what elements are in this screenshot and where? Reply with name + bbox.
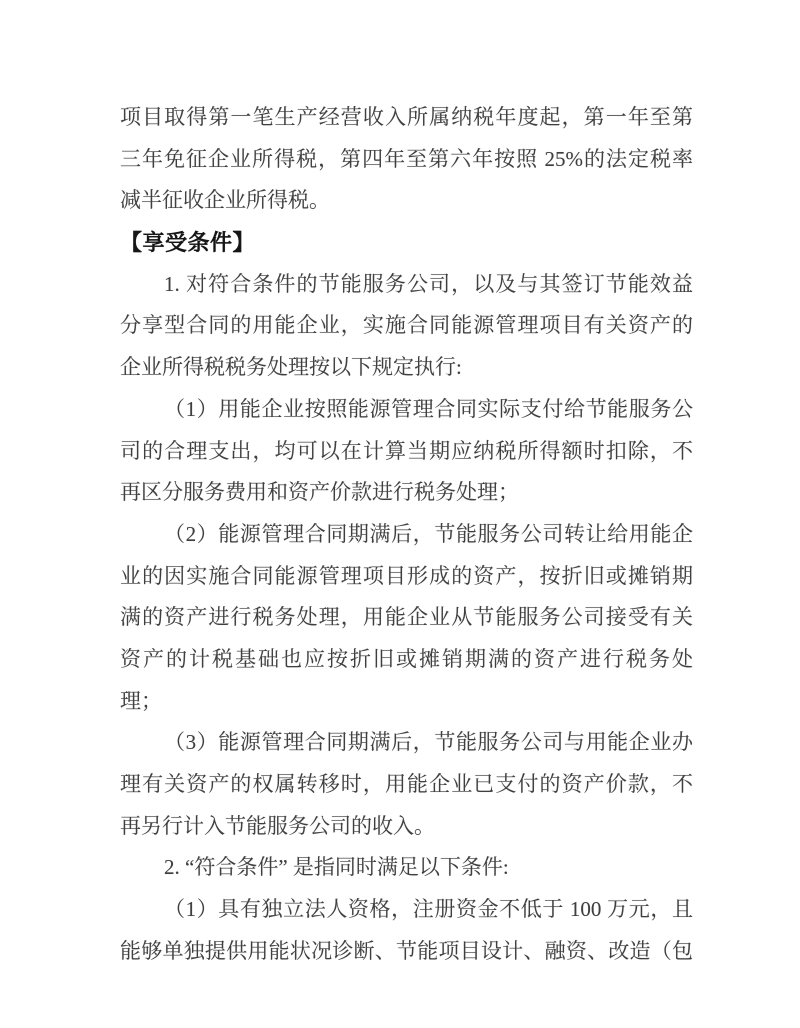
text-line: 减半征收企业所得税。 [120,180,693,222]
text-line: 分享型合同的用能企业，实施合同能源管理项目有关资产的 [120,305,693,347]
text-line: （3）能源管理合同期满后，节能服务公司与用能企业办 [120,722,693,764]
text-line: 理； [120,681,693,723]
text-block: 项目取得第一笔生产经营收入所属纳税年度起，第一年至第三年免征企业所得税，第四年至… [120,97,693,972]
text-line: （1）具有独立法人资格，注册资金不低于 100 万元，且 [120,889,693,931]
text-line: 能够单独提供用能状况诊断、节能项目设计、融资、改造（包 [120,931,693,973]
text-line: 再区分服务费用和资产价款进行税务处理； [120,472,693,514]
text-line: 2. “符合条件” 是指同时满足以下条件: [120,847,693,889]
text-line: 企业所得税税务处理按以下规定执行: [120,347,693,389]
text-line: 司的合理支出，均可以在计算当期应纳税所得额时扣除，不 [120,431,693,473]
text-line: 业的因实施合同能源管理项目形成的资产，按折旧或摊销期 [120,556,693,598]
text-line: 项目取得第一笔生产经营收入所属纳税年度起，第一年至第 [120,97,693,139]
text-line: （1）用能企业按照能源管理合同实际支付给节能服务公 [120,389,693,431]
text-line: 1. 对符合条件的节能服务公司，以及与其签订节能效益 [120,264,693,306]
text-line: 再另行计入节能服务公司的收入。 [120,806,693,848]
text-line: 三年免征企业所得税，第四年至第六年按照 25%的法定税率 [120,139,693,181]
text-line: （2）能源管理合同期满后，节能服务公司转让给用能企 [120,514,693,556]
document-page: 项目取得第一笔生产经营收入所属纳税年度起，第一年至第三年免征企业所得税，第四年至… [0,0,800,1028]
text-line: 理有关资产的权属转移时，用能企业已支付的资产价款，不 [120,764,693,806]
section-heading: 【享受条件】 [120,222,693,264]
text-line: 资产的计税基础也应按折旧或摊销期满的资产进行税务处 [120,639,693,681]
text-line: 满的资产进行税务处理，用能企业从节能服务公司接受有关 [120,597,693,639]
